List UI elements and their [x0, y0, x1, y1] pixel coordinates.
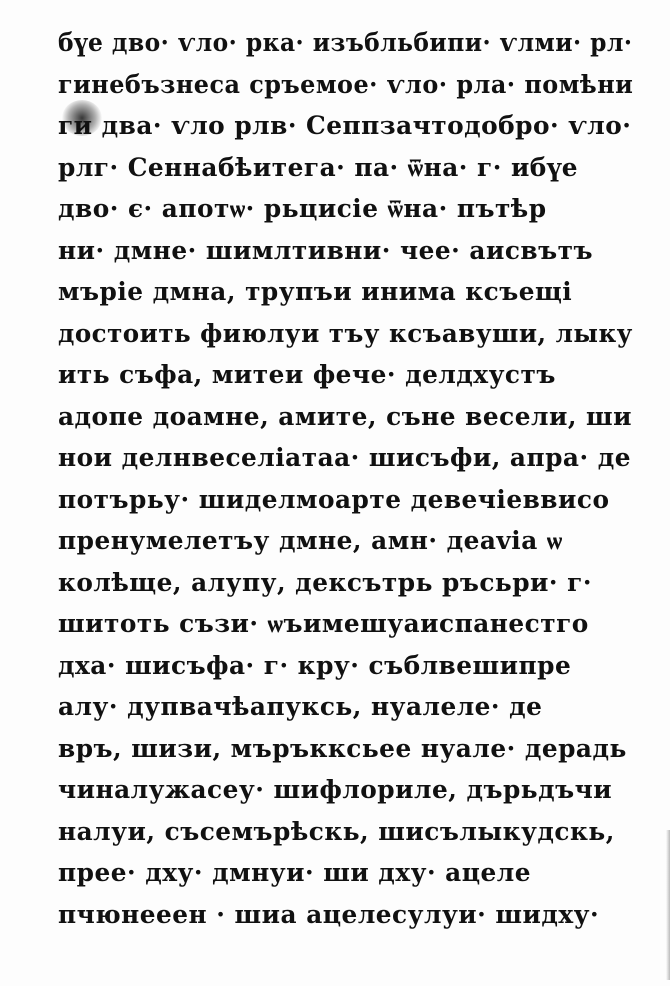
text-line: алу· дупвачѣапуксь, нуалеле· де — [58, 686, 633, 728]
text-line: мърiе дмна, трупъи инима ксъещi — [58, 271, 633, 313]
manuscript-page: бүе дво· ѵло· рка· изъбльбипи· ѵлми· рл·… — [0, 0, 670, 986]
text-line: ни· дмне· шимлтивни· чее· аисвътъ — [58, 230, 633, 272]
text-line: ги два· ѵло рлв· Сеппзачтодобро· ѵло· — [58, 105, 633, 147]
text-line: колѣще, алупу, дексътрь ръсьри· г· — [58, 562, 633, 604]
text-line: шитоть съзи· ѡъимешуаиспанестго — [58, 603, 633, 645]
manuscript-text-block: бүе дво· ѵло· рка· изъбльбипи· ѵлми· рл·… — [58, 22, 638, 935]
text-line: пчюнееен · шиа ацелесулуи· шидху· — [58, 894, 633, 936]
text-line: рлг· Сеннабѣитега· па· ѿна· г· ибүе — [58, 147, 633, 189]
text-line: чиналужасеу· шифлориле, дърьдъчи — [58, 769, 633, 811]
text-line: достоить фиюлуи тъу ксъавуши, лыку — [58, 313, 627, 355]
text-line: бүе дво· ѵло· рка· изъбльбипи· ѵлми· рл· — [58, 22, 599, 64]
text-line: прее· дху· дмнуи· ши дху· ацеле — [58, 852, 633, 894]
text-line: налуи, съсемърѣскь, шисълыкудскь, — [58, 811, 633, 853]
text-line: нои делнвеселiатаа· шисъфи, апра· де — [58, 437, 633, 479]
text-line: ить съфа, митеи фече· делдхустъ — [58, 354, 633, 396]
page-edge-shadow — [666, 830, 670, 980]
text-line: дха· шисъфа· г· кру· съблвешипре — [58, 645, 633, 687]
text-line: дво· є· апотѡ· рьциcie ѿна· пътѣр — [58, 188, 633, 230]
text-line: връ, шизи, мъръкксьее нуале· дерадь — [58, 728, 633, 770]
text-line: гинебъзнеса сръемое· ѵло· рла· помѣни — [58, 64, 612, 106]
text-line: пренумелетъу дмне, амн· деаvia ѡ — [58, 520, 633, 562]
text-line: потърьу· шиделмоарте девечiеввисо — [58, 479, 633, 521]
text-line: адопе доамне, амите, съне весели, ши — [58, 396, 633, 438]
